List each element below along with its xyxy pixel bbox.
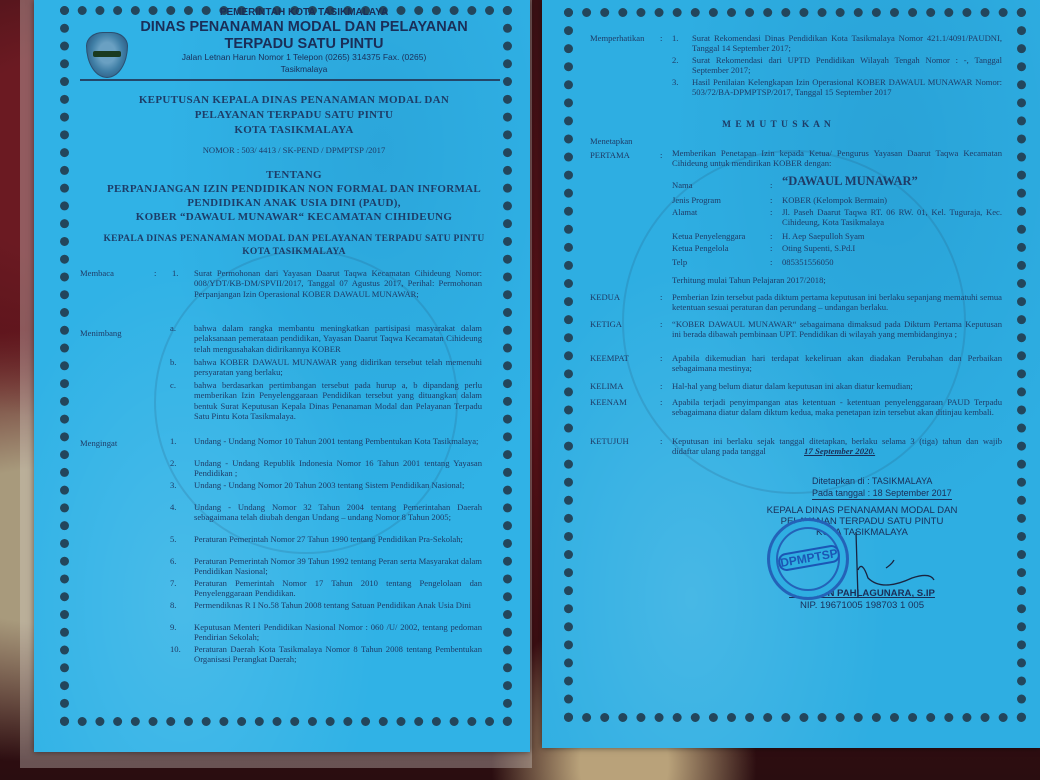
decree-title-line1: KEPUTUSAN KEPALA DINAS PENANAMAN MODAL D… bbox=[74, 93, 514, 107]
diktum-label: KEENAM bbox=[590, 397, 627, 407]
decree-page-1: PEMERINTAH KOTA TASIKMALAYA DINAS PENANA… bbox=[34, 0, 530, 752]
mengingat-item: Undang - Undang Nomor 32 Tahun 2004 tent… bbox=[194, 502, 482, 523]
menimbang-item: bahwa KOBER DAWAUL MUNAWAR yang didirika… bbox=[194, 357, 482, 378]
section-label-menimbang: Menimbang bbox=[80, 328, 122, 338]
subject-heading: TENTANG bbox=[74, 168, 514, 182]
mengingat-item: Permendiknas R I No.58 Tahun 2008 tentan… bbox=[194, 600, 482, 610]
memperhatikan-item: Surat Rekomendasi Dinas Pendidikan Kota … bbox=[692, 33, 1002, 54]
ditetapkan-label: Ditetapkan di bbox=[812, 476, 865, 486]
colon: : bbox=[154, 268, 156, 278]
detail-label: Telp bbox=[672, 257, 687, 267]
pertama-text: Memberikan Penetapan Izin kepada Ketua/ … bbox=[672, 148, 1002, 169]
membaca-item: Surat Permohonan dari Yayasan Daarut Taq… bbox=[194, 268, 482, 299]
diktum-label: KEDUA bbox=[590, 292, 620, 302]
diktum-label: KETUJUH bbox=[590, 436, 629, 446]
mengingat-item: Peraturan Pemerintah Nomor 27 Tahun 1990… bbox=[194, 534, 482, 544]
date-value: : 18 September 2017 bbox=[868, 488, 952, 498]
diktum-text: Apabila dikemudian hari terdapat kekelir… bbox=[672, 353, 1002, 374]
menetapkan-label: Menetapkan bbox=[590, 136, 632, 146]
agency-name-line1: DINAS PENANAMAN MODAL DAN PELAYANAN bbox=[104, 19, 504, 35]
mengingat-item: Peraturan Pemerintah Nomor 17 Tahun 2010… bbox=[194, 578, 482, 599]
detail-value: Oting Supenti, S.Pd.I bbox=[782, 243, 1002, 253]
memperhatikan-item: Surat Rekomendasi dari UPTD Pendidikan W… bbox=[692, 55, 1002, 76]
colon: : bbox=[770, 195, 772, 205]
item-number: 7. bbox=[170, 578, 176, 588]
detail-value: KOBER (Kelompok Bermain) bbox=[782, 195, 1002, 205]
diktum-text: Pemberian Izin tersebut pada diktum pert… bbox=[672, 292, 1002, 313]
item-number: 1. bbox=[672, 33, 678, 43]
section-label-membaca: Membaca bbox=[80, 268, 114, 278]
colon: : bbox=[770, 257, 772, 267]
ditetapkan-place: Ditetapkan di : TASIKMALAYA bbox=[812, 476, 932, 486]
detail-value: 085351556050 bbox=[782, 257, 1002, 267]
colon: : bbox=[660, 33, 662, 43]
subject-line3: KOBER “DAWAUL MUNAWAR“ KECAMATAN CIHIDEU… bbox=[64, 210, 524, 224]
item-number: 3. bbox=[170, 480, 176, 490]
section-label-memperhatikan: Memperhatikan bbox=[590, 33, 644, 43]
diktum-label: KETIGA bbox=[590, 319, 622, 329]
mengingat-item: Undang - Undang Nomor 10 Tahun 2001 tent… bbox=[194, 436, 482, 446]
detail-value: “DAWAUL MUNAWAR” bbox=[782, 176, 1002, 186]
government-name: PEMERINTAH KOTA TASIKMALAYA bbox=[104, 7, 504, 18]
item-number: 9. bbox=[170, 622, 176, 632]
detail-value: Jl. Paseh Daarut Taqwa RT. 06 RW. 01, Ke… bbox=[782, 207, 1002, 228]
ditetapkan-value: : TASIKMALAYA bbox=[867, 476, 932, 486]
mengingat-item: Peraturan Pemerintah Nomor 39 Tahun 1992… bbox=[194, 556, 482, 577]
item-letter: b. bbox=[170, 357, 176, 367]
item-number: 3. bbox=[672, 77, 678, 87]
mengingat-item: Peraturan Daerah Kota Tasikmalaya Nomor … bbox=[194, 644, 482, 665]
decree-page-2: Memperhatikan : 1.Surat Rekomendasi Dina… bbox=[542, 0, 1040, 748]
colon: : bbox=[770, 207, 772, 217]
detail-label: Alamat bbox=[672, 207, 697, 217]
issuer-line1: KEPALA DINAS PENANAMAN MODAL DAN PELAYAN… bbox=[64, 232, 524, 246]
section-label-mengingat: Mengingat bbox=[80, 438, 117, 448]
agency-name-line2: TERPADU SATU PINTU bbox=[104, 36, 504, 52]
item-number: 5. bbox=[170, 534, 176, 544]
mengingat-item: Undang - Undang Republik Indonesia Nomor… bbox=[194, 458, 482, 479]
decree-title-line3: KOTA TASIKMALAYA bbox=[74, 123, 514, 137]
pertama-label: PERTAMA bbox=[590, 150, 630, 160]
item-number: 2. bbox=[170, 458, 176, 468]
colon: : bbox=[660, 436, 662, 446]
item-number: 8. bbox=[170, 600, 176, 610]
diktum-label: KEEMPAT bbox=[590, 353, 629, 363]
memutuskan-heading: M E M U T U S K A N bbox=[722, 120, 832, 130]
signatory-title-line2: PELAYANAN TERPADU SATU PINTU bbox=[742, 516, 982, 527]
colon: : bbox=[660, 319, 662, 329]
colon: : bbox=[660, 353, 662, 363]
item-number: 1. bbox=[170, 436, 176, 446]
issuer-line2: KOTA TASIKMALAYA bbox=[64, 245, 524, 259]
colon: : bbox=[770, 243, 772, 253]
reregistration-date: 17 September 2020. bbox=[804, 446, 875, 456]
detail-label: Ketua Pengelola bbox=[672, 243, 729, 253]
item-number: 4. bbox=[170, 502, 176, 512]
memperhatikan-item: Hasil Penilaian Kelengkapan Izin Operasi… bbox=[692, 77, 1002, 98]
colon: : bbox=[770, 231, 772, 241]
colon: : bbox=[770, 180, 772, 190]
menimbang-item: bahwa dalam rangka membantu meningkatkan… bbox=[194, 323, 482, 354]
item-number: 2. bbox=[672, 55, 678, 65]
colon: : bbox=[660, 397, 662, 407]
signatory-title-line1: KEPALA DINAS PENANAMAN MODAL DAN bbox=[742, 505, 982, 516]
detail-value: H. Aep Saepulloh Syam bbox=[782, 231, 1002, 241]
detail-label: Nama bbox=[672, 180, 693, 190]
colon: : bbox=[660, 381, 662, 391]
mengingat-item: Undang - Undang Nomor 20 Tahun 2003 tent… bbox=[194, 480, 482, 490]
subject-line2: PENDIDIKAN ANAK USIA DINI (PAUD), bbox=[64, 196, 524, 210]
menimbang-item: bahwa berdasarkan pertimbangan tersebut … bbox=[194, 380, 482, 422]
colon: : bbox=[660, 292, 662, 302]
official-stamp-icon: DPMPTSP bbox=[767, 518, 849, 600]
diktum-label: KELIMA bbox=[590, 381, 623, 391]
decree-title-line2: PELAYANAN TERPADU SATU PINTU bbox=[74, 108, 514, 122]
item-number: 1. bbox=[172, 268, 178, 278]
pertama-footer: Terhitung mulai Tahun Pelajaran 2017/201… bbox=[672, 275, 1002, 285]
signatory-name: GUN GUN PAHLAGUNARA, S.IP bbox=[742, 588, 982, 599]
signatory-nip: NIP. 19671005 198703 1 005 bbox=[742, 600, 982, 611]
decree-number: NOMOR : 503/ 4413 / SK-PEND / DPMPTSP /2… bbox=[74, 145, 514, 156]
stamp-text: DPMPTSP bbox=[777, 544, 841, 572]
mengingat-item: Keputusan Menteri Pendidikan Nasional No… bbox=[194, 622, 482, 643]
item-letter: c. bbox=[170, 380, 176, 390]
detail-label: Ketua Penyelenggara bbox=[672, 231, 745, 241]
agency-city: Tasikmalaya bbox=[104, 63, 504, 75]
detail-label: Jenis Program bbox=[672, 195, 721, 205]
colon: : bbox=[660, 150, 662, 160]
diktum-text: Apabila terjadi penyimpangan atas ketent… bbox=[672, 397, 1002, 418]
agency-address: Jalan Letnan Harun Nomor 1 Telepon (0265… bbox=[104, 51, 504, 63]
ditetapkan-date: Pada tanggal : 18 September 2017 bbox=[812, 488, 952, 500]
diktum-text: “KOBER DAWAUL MUNAWAR“ sebagaimana dimak… bbox=[672, 319, 1002, 340]
date-label: Pada tanggal bbox=[812, 488, 865, 498]
letterhead-rule bbox=[80, 79, 500, 81]
subject-line1: PERPANJANGAN IZIN PENDIDIKAN NON FORMAL … bbox=[64, 182, 524, 196]
diktum-text: Hal-hal yang belum diatur dalam keputusa… bbox=[672, 381, 1002, 391]
item-letter: a. bbox=[170, 323, 176, 333]
item-number: 10. bbox=[170, 644, 181, 654]
item-number: 6. bbox=[170, 556, 176, 566]
